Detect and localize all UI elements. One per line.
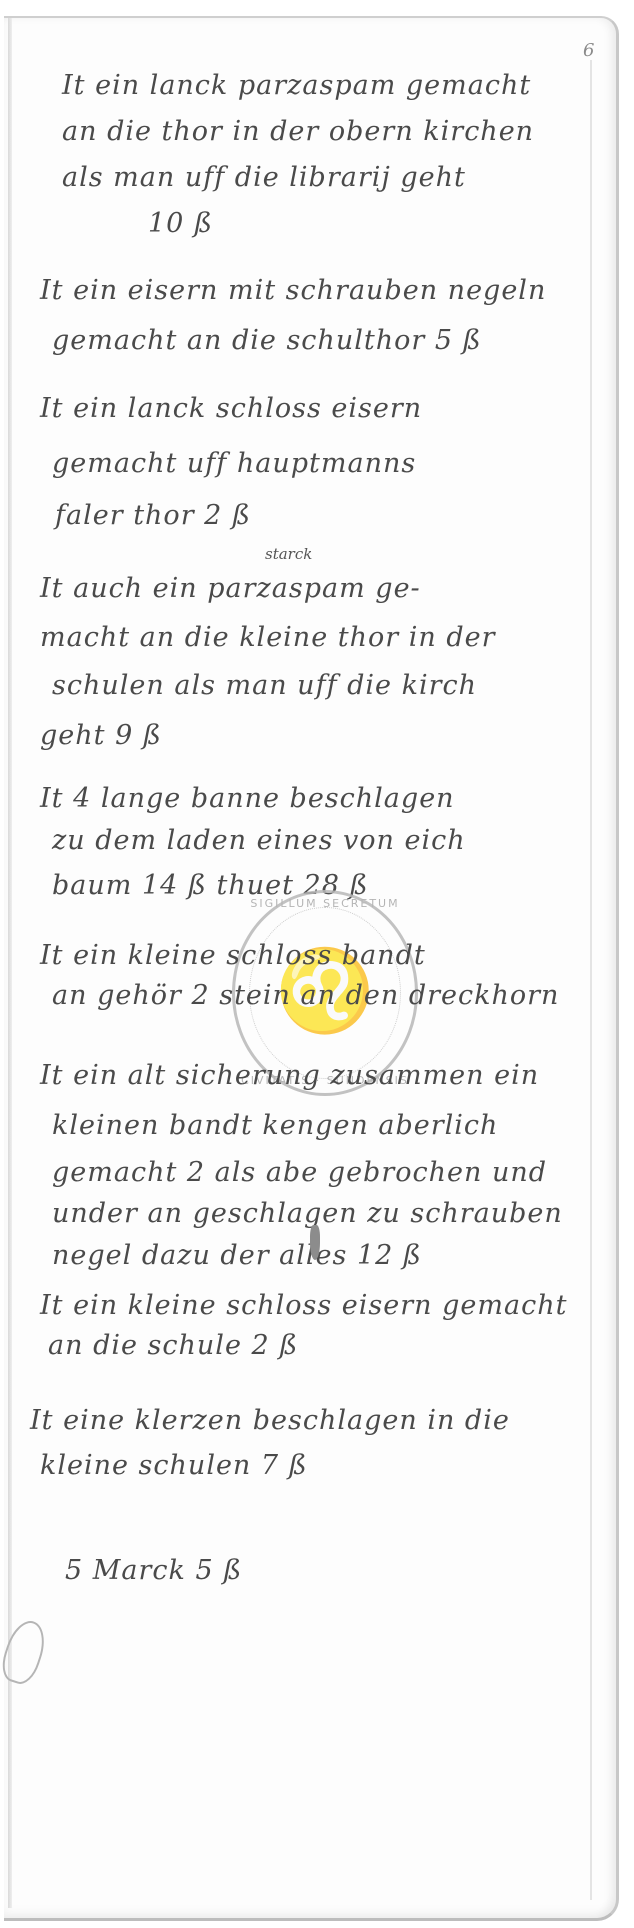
entry-1-line-3: als man uff die librarij geht <box>62 162 466 193</box>
entry-3-line-2: gemacht uff hauptmanns <box>52 448 416 479</box>
entry-7-line-1: It ein alt sicherung zusammen ein <box>40 1060 539 1091</box>
entry-1-amount: 10 ß <box>148 208 213 239</box>
entry-8-line-1: It ein kleine schloss eisern gemacht <box>40 1290 567 1321</box>
entry-5-line-1: It 4 lange banne beschlagen <box>40 783 455 814</box>
entry-1-line-1: It ein lanck parzaspam gemacht <box>62 70 531 101</box>
page-fold-line <box>590 60 592 1900</box>
entry-7-line-5: negel dazu der alles 12 ß <box>52 1240 422 1271</box>
entry-9-line-2: kleine schulen 7 ß <box>40 1450 308 1481</box>
entry-4-line-2: macht an die kleine thor in der <box>40 622 496 653</box>
entry-6-line-2: an gehör 2 stein an den dreckhorn <box>52 980 559 1011</box>
entry-1-line-2: an die thor in der obern kirchen <box>62 116 534 147</box>
seal-legend-top: SIGILLUM SECRETUM <box>235 897 415 910</box>
binding-gutter <box>8 18 12 1908</box>
folio-number: 6 <box>583 40 594 61</box>
entry-4-line-4: geht 9 ß <box>40 720 162 751</box>
entry-7-line-2: kleinen bandt kengen aberlich <box>52 1110 498 1141</box>
entry-3-line-3: faler thor 2 ß <box>55 500 251 531</box>
entry-7-line-4: under an geschlagen zu schrauben <box>52 1198 563 1229</box>
entry-7-line-3: gemacht 2 als abe gebrochen und <box>52 1157 547 1188</box>
entry-2-line-1: It ein eisern mit schrauben negeln <box>40 275 546 306</box>
entry-4-superscript: starck <box>265 545 312 563</box>
entry-8-line-2: an die schule 2 ß <box>48 1330 298 1361</box>
entry-4-line-3: schulen als man uff die kirch <box>52 670 477 701</box>
entry-4-line-1: It auch ein parzaspam ge- <box>40 573 421 604</box>
entry-5-line-2: zu dem laden eines von eich <box>52 825 466 856</box>
ink-blot <box>310 1225 320 1260</box>
entry-9-line-1: It eine klerzen beschlagen in die <box>30 1405 510 1436</box>
entry-6-line-1: It ein kleine schloss bandt <box>40 940 426 971</box>
entry-2-line-2: gemacht an die schulthor 5 ß <box>52 325 482 356</box>
entry-3-line-1: It ein lanck schloss eisern <box>40 393 422 424</box>
page-total: 5 Marck 5 ß <box>65 1555 242 1586</box>
